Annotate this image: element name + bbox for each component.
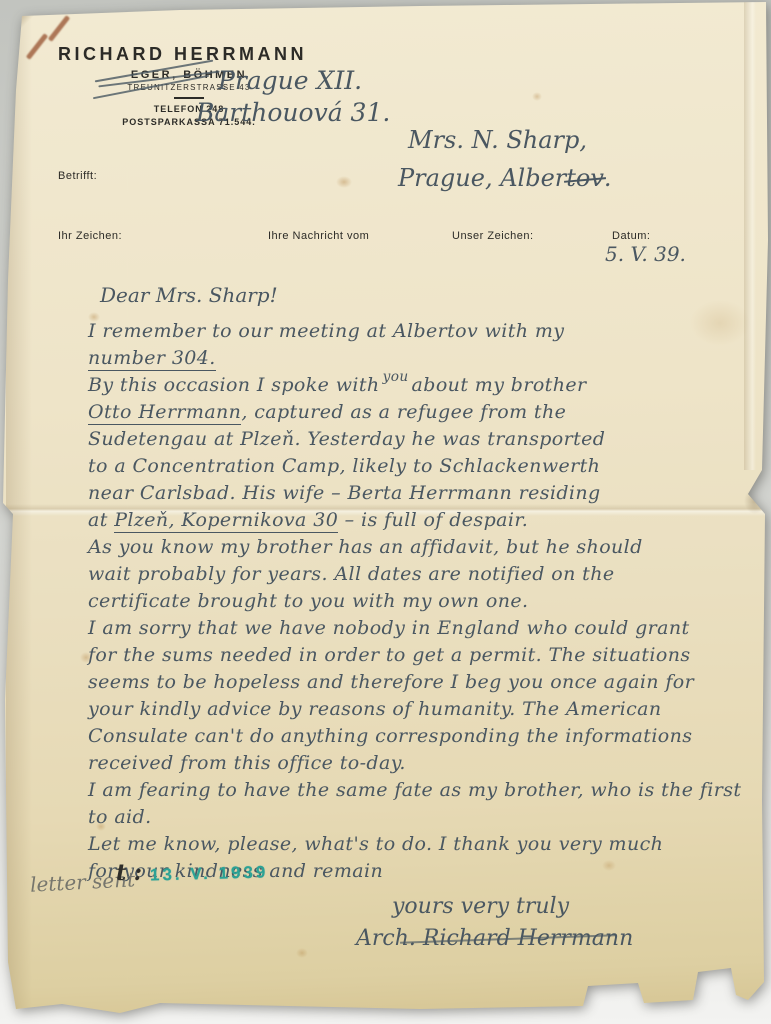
letter-body-line: near Carlsbad. His wife – Berta Herrmann…: [88, 480, 758, 507]
text-segment: I remember to our meeting at Albertov wi…: [88, 320, 564, 342]
text-segment: number 304.: [88, 347, 216, 371]
letter-body-line: at Plzeň, Kopernikova 30 – is full of de…: [88, 507, 758, 534]
text-segment: about my brother: [412, 374, 587, 396]
text-segment: Prague, Alber: [398, 164, 566, 192]
letter-body-line: received from this office to-day.: [88, 750, 758, 777]
text-segment: for the sums needed in order to get a pe…: [88, 644, 691, 666]
letter-body-line: Sudetengau at Plzeň. Yesterday he was tr…: [88, 426, 758, 453]
letterhead-name: RICHARD HERRMANN: [58, 44, 320, 65]
unser-zeichen-label: Unser Zeichen:: [452, 230, 534, 242]
letter-body: Dear Mrs. Sharp! I remember to our meeti…: [88, 282, 758, 885]
foxing-spot: [336, 176, 352, 188]
datum-label: Datum:: [612, 230, 650, 242]
text-segment: to a Concentration Camp, likely to Schla…: [88, 455, 600, 477]
text-segment: Consulate can't do anything correspondin…: [88, 725, 692, 747]
recipient-city: Prague, Albertov.: [398, 164, 612, 192]
text-segment: to aid.: [88, 806, 152, 828]
text-segment: wait probably for years. All dates are n…: [88, 563, 614, 585]
text-segment: Plzeň, Kopernikova 30: [114, 509, 338, 533]
recipient-name: Mrs. N. Sharp,: [408, 126, 587, 154]
text-segment: you: [383, 369, 409, 385]
foxing-spot: [296, 948, 308, 958]
letter-body-line: to aid.: [88, 804, 758, 831]
letter-paper: RICHARD HERRMANN EGER, BÖHMEN TREUNITZER…: [0, 0, 771, 1024]
letter-body-line: your kindly advice by reasons of humanit…: [88, 696, 758, 723]
text-segment: – is full of despair.: [338, 509, 528, 531]
letter-body-line: seems to be hopeless and therefore I beg…: [88, 669, 758, 696]
letter-body-line: Otto Herrmann, captured as a refugee fro…: [88, 399, 758, 426]
datum-value-handwritten: 5. V. 39.: [605, 242, 686, 266]
letter-body-line: Consulate can't do anything correspondin…: [88, 723, 758, 750]
text-segment: your kindly advice by reasons of humanit…: [88, 698, 662, 720]
text-segment: , captured as a refugee from the: [241, 401, 566, 423]
scanned-letter: RICHARD HERRMANN EGER, BÖHMEN TREUNITZER…: [0, 0, 771, 1024]
text-segment: received from this office to-day.: [88, 752, 406, 774]
text-segment: Let me know, please, what's to do. I tha…: [88, 833, 663, 855]
text-segment: I am sorry that we have nobody in Englan…: [88, 617, 690, 639]
letter-body-line: for the sums needed in order to get a pe…: [88, 642, 758, 669]
ihre-nachricht-label: Ihre Nachricht vom: [268, 230, 369, 242]
foxing-spot: [532, 92, 542, 101]
text-segment: Otto Herrmann: [88, 401, 241, 425]
letter-body-line: number 304.: [88, 345, 758, 372]
letter-body-lines: I remember to our meeting at Albertov wi…: [88, 318, 758, 885]
letter-body-line: to a Concentration Camp, likely to Schla…: [88, 453, 758, 480]
text-segment: As you know my brother has an affidavit,…: [88, 536, 643, 558]
letter-body-line: As you know my brother has an affidavit,…: [88, 534, 758, 561]
text-segment: tov: [566, 164, 604, 192]
text-segment: at: [88, 509, 114, 531]
text-segment: I am fearing to have the same fate as my…: [88, 779, 741, 801]
left-edge-shading: [6, 0, 32, 1010]
sender-city-handwritten: Prague XII.: [218, 66, 362, 95]
betrifft-label: Betrifft:: [58, 170, 97, 182]
paper-shadow: RICHARD HERRMANN EGER, BÖHMEN TREUNITZER…: [0, 0, 771, 1024]
letter-body-line: I am fearing to have the same fate as my…: [88, 777, 758, 804]
letter-body-line: By this occasion I spoke withyouabout my…: [88, 372, 758, 399]
ihr-zeichen-label: Ihr Zeichen:: [58, 230, 122, 242]
text-segment: Sudetengau at Plzeň. Yesterday he was tr…: [88, 428, 605, 450]
text-segment: seems to be hopeless and therefore I beg…: [88, 671, 694, 693]
text-segment: near Carlsbad. His wife – Berta Herrmann…: [88, 482, 601, 504]
date-stamp: 13. V. 1939: [150, 862, 269, 885]
letter-body-line: Let me know, please, what's to do. I tha…: [88, 831, 758, 858]
letter-body-line: wait probably for years. All dates are n…: [88, 561, 758, 588]
valediction: yours very truly: [392, 894, 569, 919]
text-segment: certificate brought to you with my own o…: [88, 590, 528, 612]
salutation: Dear Mrs. Sharp!: [100, 282, 758, 309]
letter-body-line: I am sorry that we have nobody in Englan…: [88, 615, 758, 642]
text-segment: By this occasion I spoke with: [88, 374, 380, 396]
letter-body-line: I remember to our meeting at Albertov wi…: [88, 318, 758, 345]
letter-sent-overwrite: t :: [116, 860, 142, 886]
sender-street-handwritten: Barthouová 31.: [196, 98, 390, 127]
letter-body-line: certificate brought to you with my own o…: [88, 588, 758, 615]
